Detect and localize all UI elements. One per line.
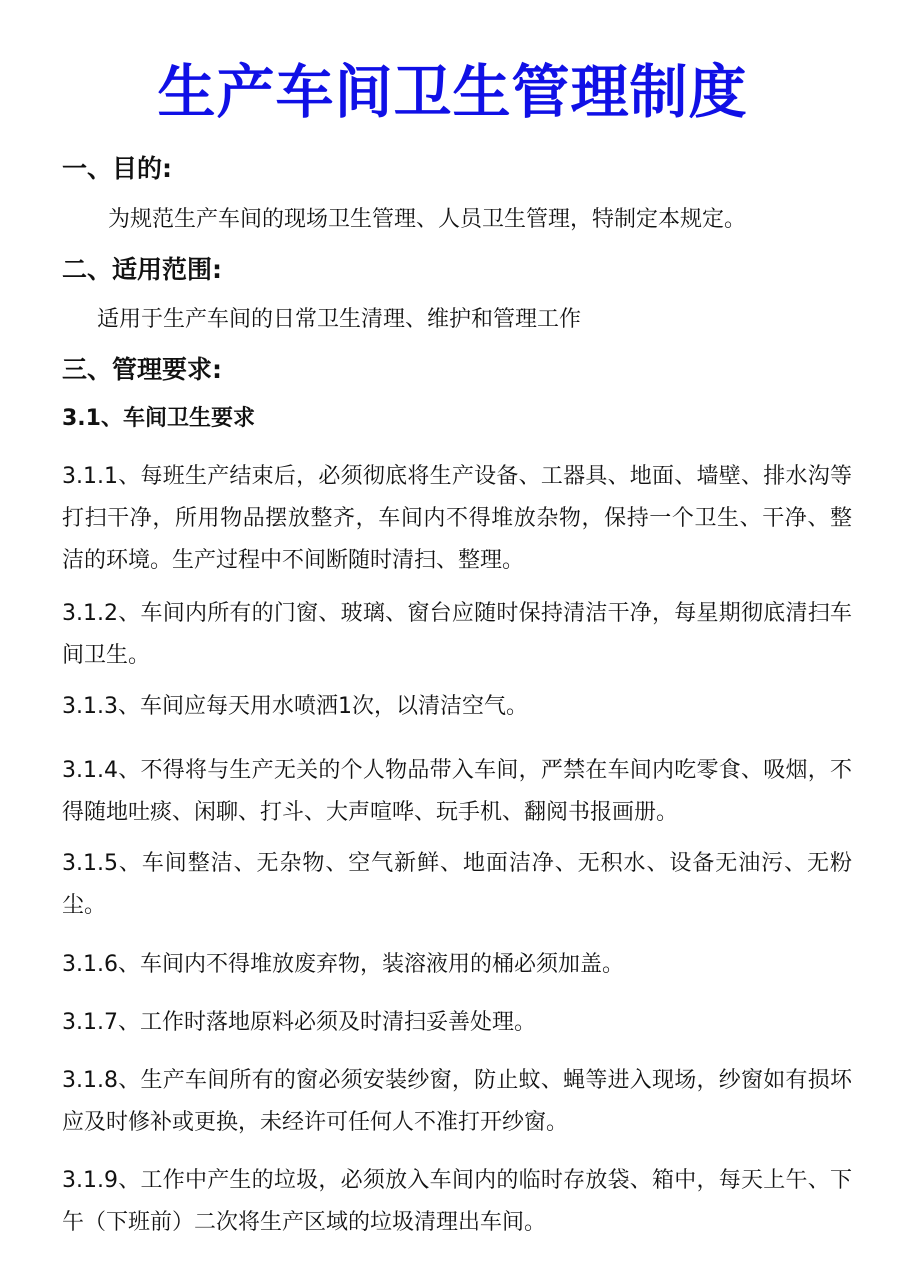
subsection-heading-workshop-hygiene: 3.1、车间卫生要求 xyxy=(62,403,255,435)
rule-item-3-1-3: 3.1.3、车间应每天用水喷洒1次，以清洁空气。 xyxy=(62,686,852,728)
rule-item-3-1-5: 3.1.5、车间整洁、无杂物、空气新鲜、地面洁净、无积水、设备无油污、无粉尘。 xyxy=(62,843,852,927)
document-page: 生产车间卫生管理制度 一、目的: 为规范生产车间的现场卫生管理、人员卫生管理，特… xyxy=(0,0,905,1280)
section-heading-scope: 二、适用范围: xyxy=(62,253,222,287)
rule-item-3-1-2: 3.1.2、车间内所有的门窗、玻璃、窗台应随时保持清洁干净，每星期彻底清扫车间卫… xyxy=(62,593,852,677)
rule-item-3-1-7: 3.1.7、工作时落地原料必须及时清扫妥善处理。 xyxy=(62,1002,852,1044)
rule-item-3-1-1: 3.1.1、每班生产结束后，必须彻底将生产设备、工器具、地面、墙壁、排水沟等打扫… xyxy=(62,456,852,582)
section-body-scope: 适用于生产车间的日常卫生清理、维护和管理工作 xyxy=(97,304,581,336)
rule-item-3-1-9: 3.1.9、工作中产生的垃圾，必须放入车间内的临时存放袋、箱中，每天上午、下午（… xyxy=(62,1160,852,1244)
document-title: 生产车间卫生管理制度 xyxy=(0,56,905,128)
section-heading-purpose: 一、目的: xyxy=(62,152,172,186)
section-body-purpose: 为规范生产车间的现场卫生管理、人员卫生管理，特制定本规定。 xyxy=(108,204,746,236)
rule-item-3-1-8: 3.1.8、生产车间所有的窗必须安装纱窗，防止蚊、蝇等进入现场，纱窗如有损坏应及… xyxy=(62,1060,852,1144)
rule-item-3-1-4: 3.1.4、不得将与生产无关的个人物品带入车间，严禁在车间内吃零食、吸烟，不得随… xyxy=(62,750,852,834)
section-heading-requirements: 三、管理要求: xyxy=(62,353,222,387)
rule-item-3-1-6: 3.1.6、车间内不得堆放废弃物，装溶液用的桶必须加盖。 xyxy=(62,944,852,986)
